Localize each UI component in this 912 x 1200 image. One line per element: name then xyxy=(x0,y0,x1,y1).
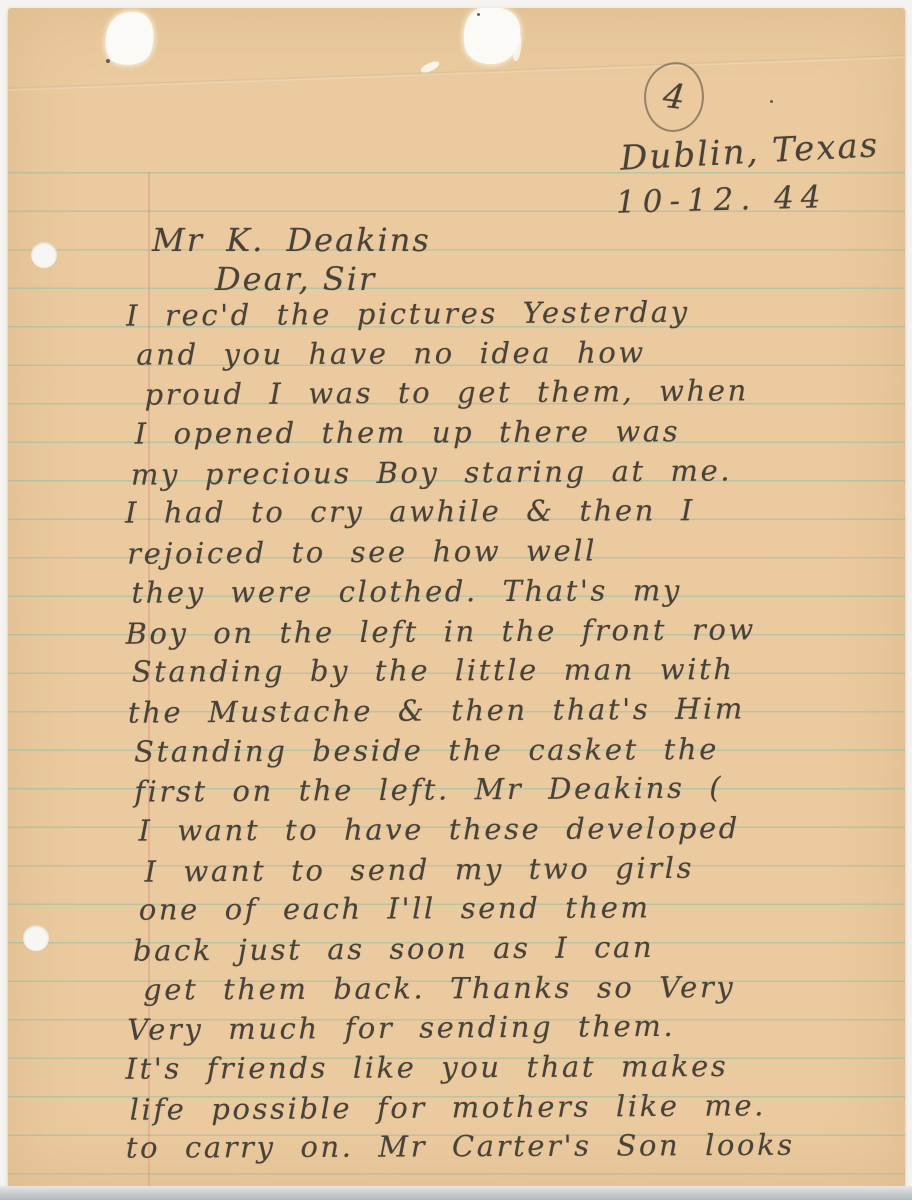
handwritten-line-4: I opened them up there was xyxy=(135,411,898,454)
paper-speck xyxy=(477,13,480,16)
handwritten-line-22: to carry on. Mr Carter's Son looks xyxy=(126,1126,901,1169)
salutation-line: Dear, Sir xyxy=(215,260,376,298)
handwritten-line-17: back just as soon as I can xyxy=(133,926,900,971)
handwritten-line-13: first on the left. Mr Deakins ( xyxy=(134,768,899,813)
paper-speck xyxy=(106,59,110,63)
handwritten-line-10: Standing by the little man with xyxy=(132,649,899,692)
letter-body: I rec'd the pictures Yesterdayand you ha… xyxy=(122,292,901,1168)
handwritten-line-1: I rec'd the pictures Yesterday xyxy=(126,291,897,336)
handwritten-line-20: It's friends like you that makes xyxy=(125,1046,900,1089)
handwritten-line-14: I want to have these developed xyxy=(138,808,899,851)
paper-speck xyxy=(770,100,773,103)
scanned-letter-page: 4 Dublin, Texas 10-12. 44 Mr K. Deakins … xyxy=(0,0,912,1200)
handwritten-line-19: Very much for sending them. xyxy=(127,1006,900,1051)
handwritten-line-7: rejoiced to see how well xyxy=(127,529,898,574)
circled-page-number: 4 xyxy=(640,59,708,136)
handwritten-line-2: and you have no idea how xyxy=(136,332,897,375)
letter-paper: 4 Dublin, Texas 10-12. 44 Mr K. Deakins … xyxy=(8,8,905,1188)
handwritten-line-18: get them back. Thanks so Very xyxy=(143,967,900,1010)
heading-date: 10-12. 44 xyxy=(616,179,828,221)
handwritten-line-5: my precious Boy staring at me. xyxy=(131,450,898,495)
handwritten-line-12: Standing beside the casket the xyxy=(134,729,899,772)
recipient-line: Mr K. Deakins xyxy=(152,221,431,259)
handwritten-line-6: I had to cry awhile & then I xyxy=(125,491,898,534)
handwritten-line-21: life possible for mothers like me. xyxy=(130,1085,901,1130)
punch-hole-top xyxy=(31,242,57,268)
handwritten-line-8: they were clothed. That's my xyxy=(131,570,898,613)
handwritten-line-16: one of each I'll send them xyxy=(139,888,900,931)
punch-hole-bottom xyxy=(23,925,49,951)
scanner-bed-edge xyxy=(0,1186,912,1200)
heading-place: Dublin, Texas xyxy=(619,125,880,179)
handwritten-line-15: I want to send my two girls xyxy=(144,847,899,892)
handwritten-line-11: the Mustache & then that's Him xyxy=(128,688,899,733)
handwritten-line-9: Boy on the left in the front row xyxy=(125,609,898,654)
page-number-text: 4 xyxy=(661,76,687,118)
handwritten-line-3: proud I was to get them, when xyxy=(144,371,897,416)
